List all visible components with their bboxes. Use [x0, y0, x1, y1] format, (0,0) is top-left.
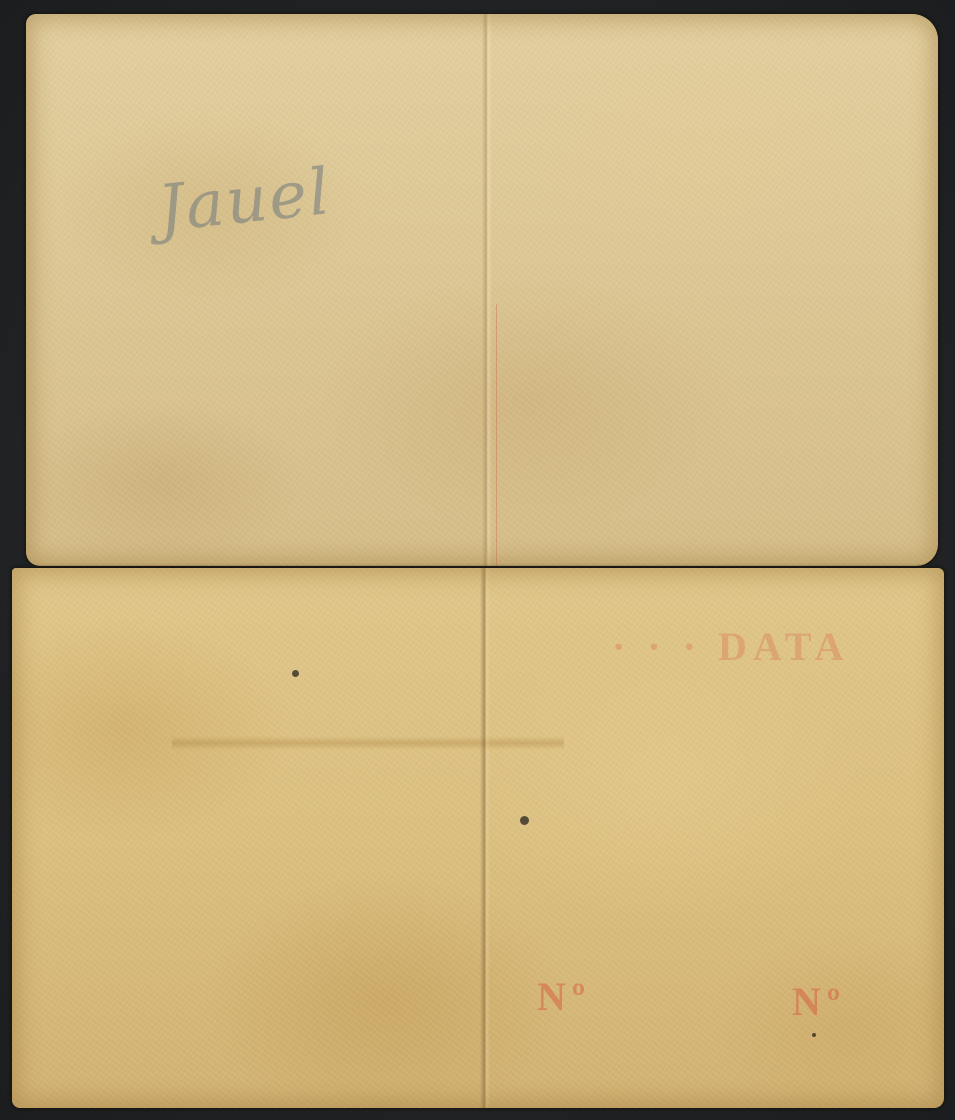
bottom-note: · · · DATA Nº Nº	[12, 568, 944, 1108]
edge-stain	[12, 568, 944, 1108]
top-note: Jauel	[26, 14, 938, 566]
edge-stain	[26, 14, 938, 566]
